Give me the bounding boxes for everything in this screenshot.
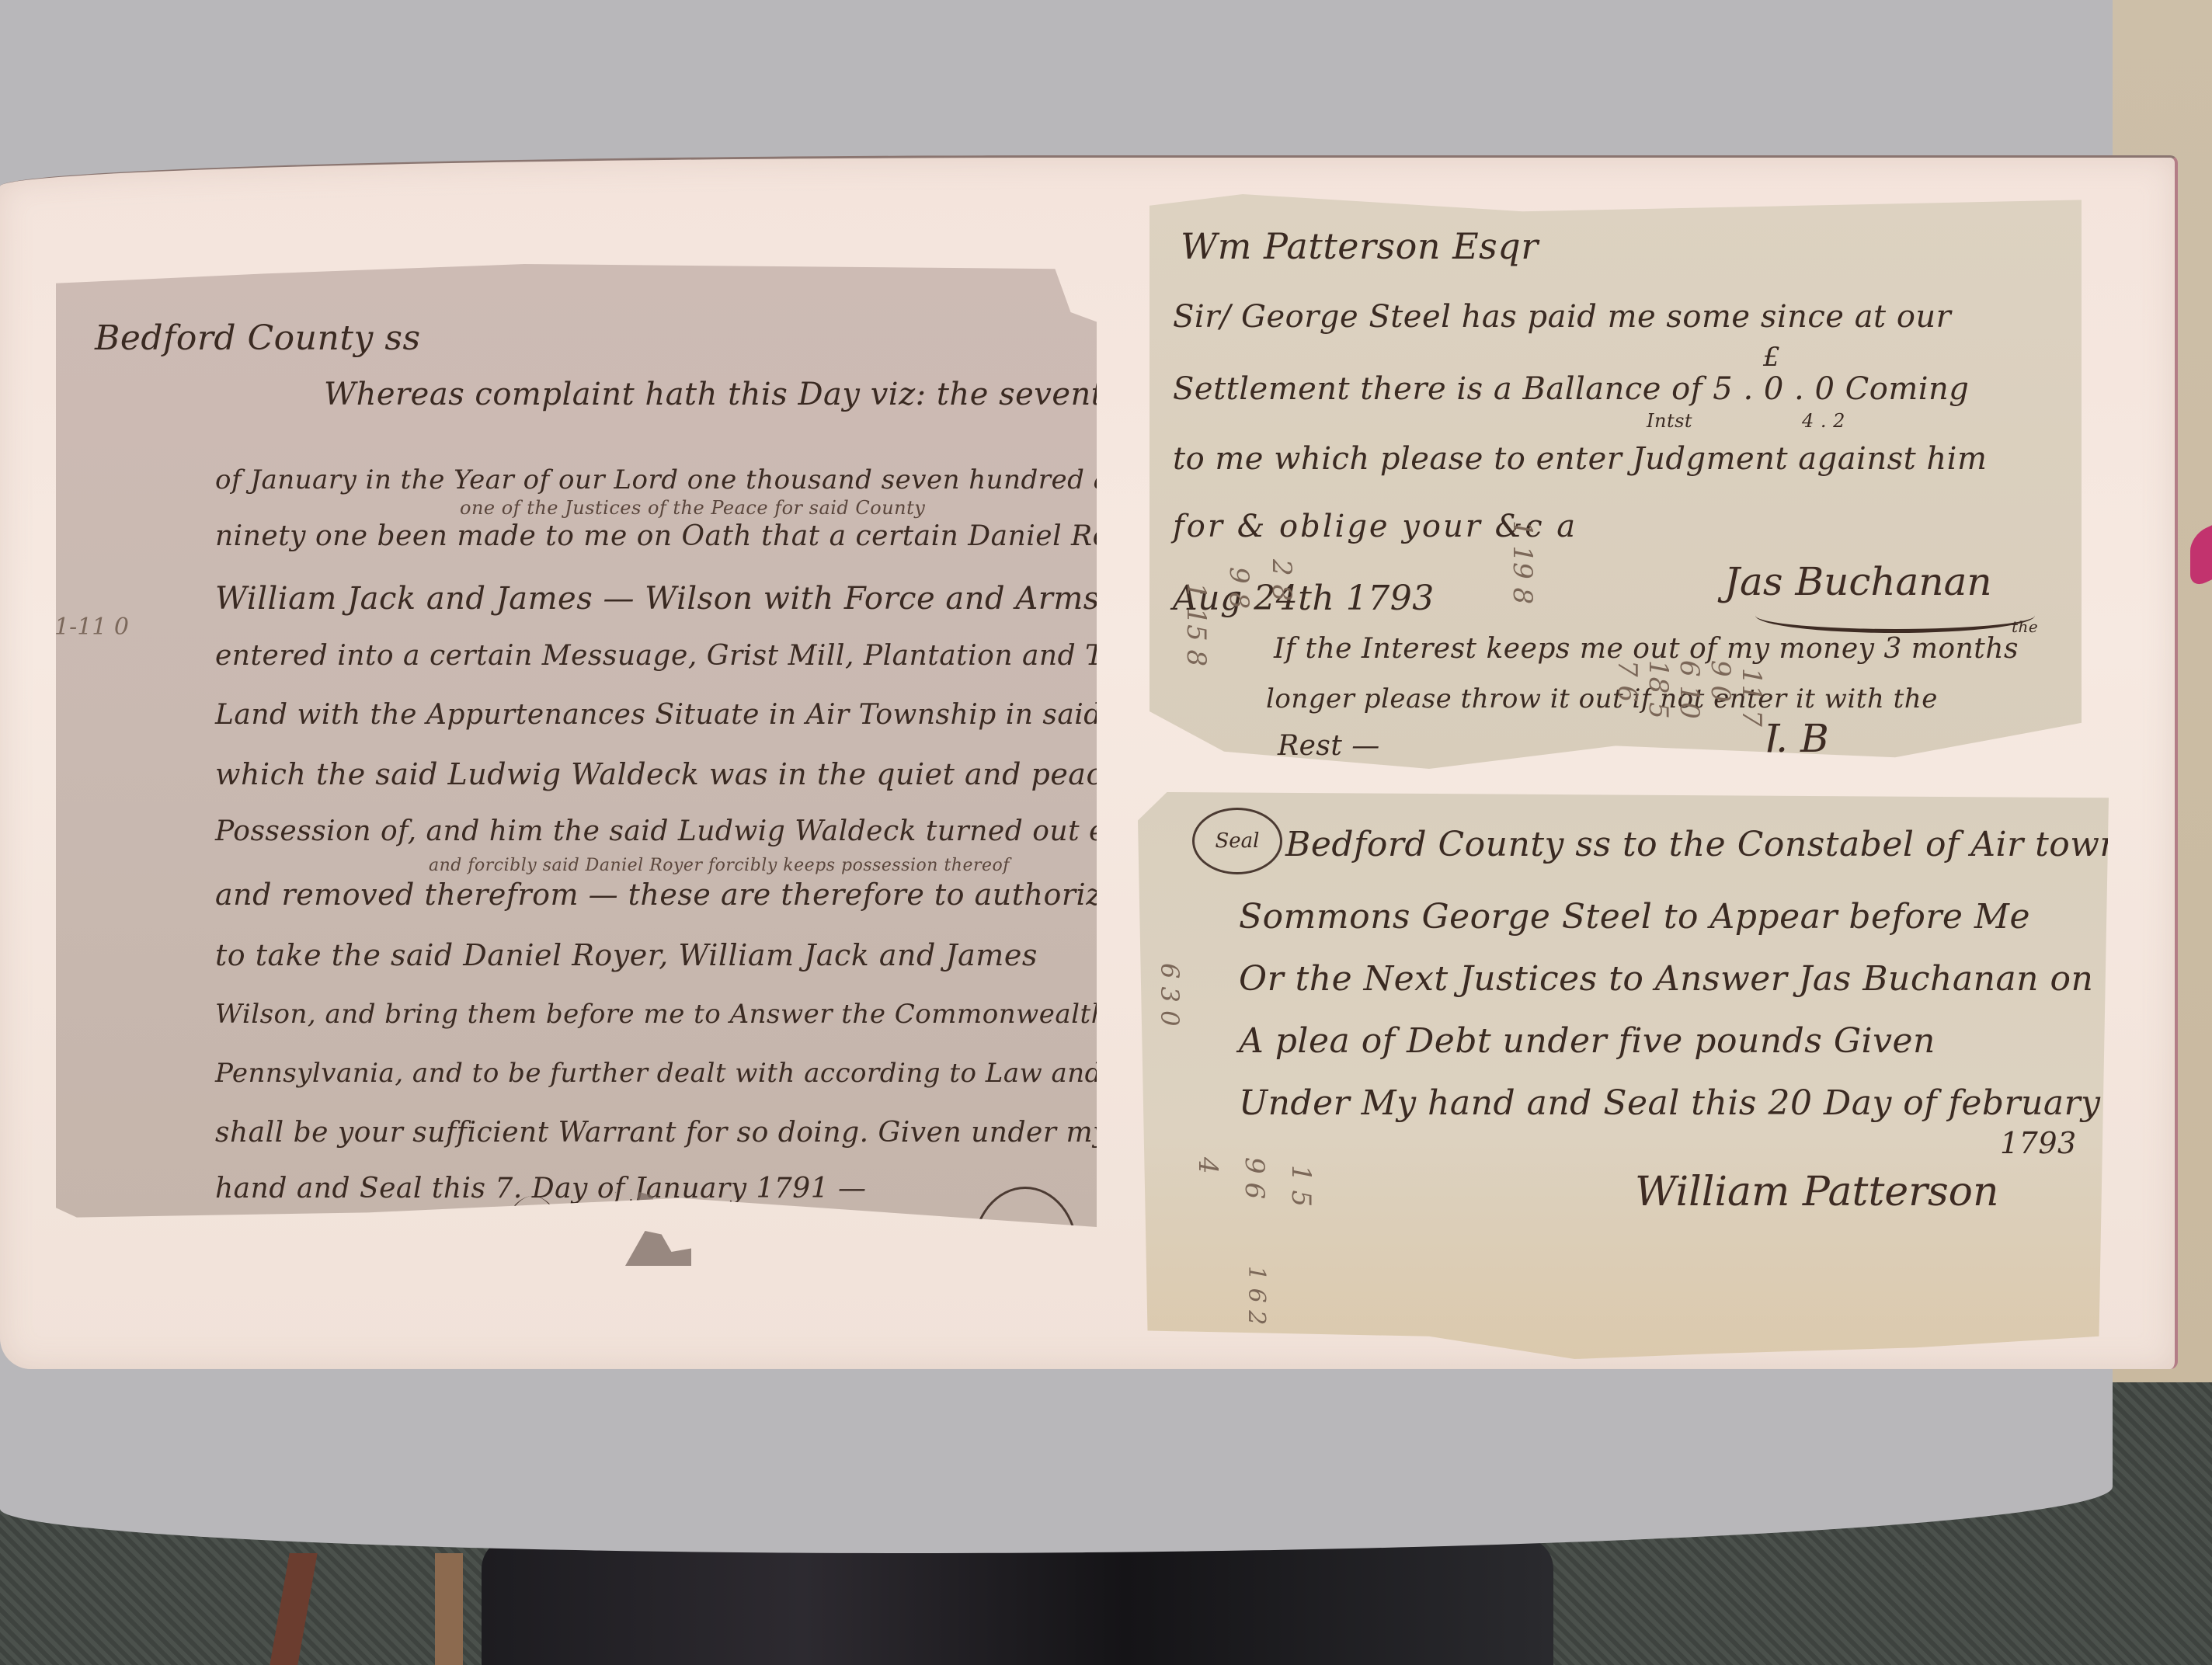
doc-line: of January in the Year of our Lord one t…	[215, 464, 1144, 495]
margin-figure: 18 5	[1643, 660, 1674, 719]
margin-figure: 7 6	[1612, 660, 1643, 702]
doc-line: Sir/ George Steel has paid me some since…	[1173, 299, 1951, 335]
chair-base	[482, 1538, 1553, 1665]
doc-line: A plea of Debt under five pounds Given	[1239, 1021, 1935, 1061]
document-warrant-1791: Bedford County ss Whereas complaint hath…	[56, 264, 1097, 1227]
stain-dot	[615, 1192, 616, 1193]
salutation: Wm Patterson Esqr	[1181, 225, 1539, 267]
chair-leg	[435, 1553, 463, 1665]
doc-line: to me which please to enter Judgment aga…	[1173, 441, 1987, 477]
doc-line: Sommons George Steel to Appear before Me	[1239, 897, 2030, 937]
year: 1793	[2000, 1126, 2077, 1160]
interlineation: Intst	[1647, 410, 1692, 432]
doc-line: Land with the Appurtenances Situate in A…	[215, 699, 1215, 731]
doc-line: shall be your sufficient Warrant for so …	[215, 1117, 1109, 1149]
signature-flourish	[1755, 598, 2035, 633]
document-summons-1793: Seal Bedford County ss to the Constabel …	[1138, 792, 2109, 1359]
doc-interlineation: one of the Justices of the Peace for sai…	[460, 497, 925, 519]
doc-line: Bedford County ss to the Constabel of Ai…	[1285, 825, 2196, 864]
doc-line: Possession of, and him the said Ludwig W…	[215, 815, 1211, 847]
margin-figure: 2 8	[1266, 559, 1297, 601]
doc-line: which the said Ludwig Waldeck was in the…	[215, 757, 1186, 791]
signature: William Patterson	[1635, 1169, 1998, 1215]
margin-figure: 11 7	[1736, 668, 1767, 727]
margin-figure: 1 19 8	[1507, 520, 1538, 604]
document-letter-1793: Wm Patterson Esqr Sir/ George Steel has …	[1149, 194, 2082, 769]
margin-figure: 6 3 0	[1155, 963, 1184, 1026]
margin-figure: 4	[1192, 1157, 1223, 1174]
doc-line: ninety one been made to me on Oath that …	[215, 520, 1163, 552]
signature: Jas Buchanan	[1724, 559, 1992, 604]
doc-line: Wilson, and bring them before me to Answ…	[215, 999, 1143, 1030]
doc-line: Whereas complaint hath this Day viz: the…	[324, 377, 1197, 412]
amount-note: 4 . 2	[1802, 410, 1845, 432]
doc-line: to take the said Daniel Royer, William J…	[215, 938, 1038, 972]
doc-interlineation: and forcibly said Daniel Royer forcibly …	[429, 856, 1010, 875]
margin-figure: 9 8	[1223, 567, 1254, 609]
doc-line: William Jack and James — Wilson with For…	[215, 581, 1156, 617]
doc-line: Or the Next Justices to Answer Jas Bucha…	[1239, 959, 2093, 999]
margin-note: 1-11 0	[54, 614, 129, 641]
postscript-line: Rest —	[1278, 730, 1380, 762]
date: Aug 24th 1793	[1173, 579, 1435, 618]
doc-line: entered into a certain Messuage, Grist M…	[215, 640, 1200, 672]
margin-figure: 9 6	[1239, 1157, 1270, 1199]
margin-figure: 6 10	[1674, 660, 1705, 719]
doc-line: Pennsylvania, and to be further dealt wi…	[215, 1058, 1162, 1089]
margin-figure: 1 6 2	[1243, 1266, 1270, 1325]
doc-line: Settlement there is a Ballance of 5 . 0 …	[1173, 371, 1969, 407]
margin-figure: 1 15 8	[1181, 582, 1212, 666]
doc-heading: Bedford County ss	[95, 318, 421, 358]
postscript-line: longer please throw it out if not enter …	[1266, 683, 1938, 714]
doc-line: Under My hand and Seal this 20 Day of fe…	[1239, 1083, 2101, 1123]
seal-mark: Seal	[1192, 808, 1282, 874]
amount-note: £	[1763, 342, 1780, 373]
margin-figure: 9 0	[1705, 660, 1736, 702]
margin-figure: 1 5	[1285, 1165, 1316, 1207]
doc-line: and removed therefrom — these are theref…	[215, 878, 1184, 912]
